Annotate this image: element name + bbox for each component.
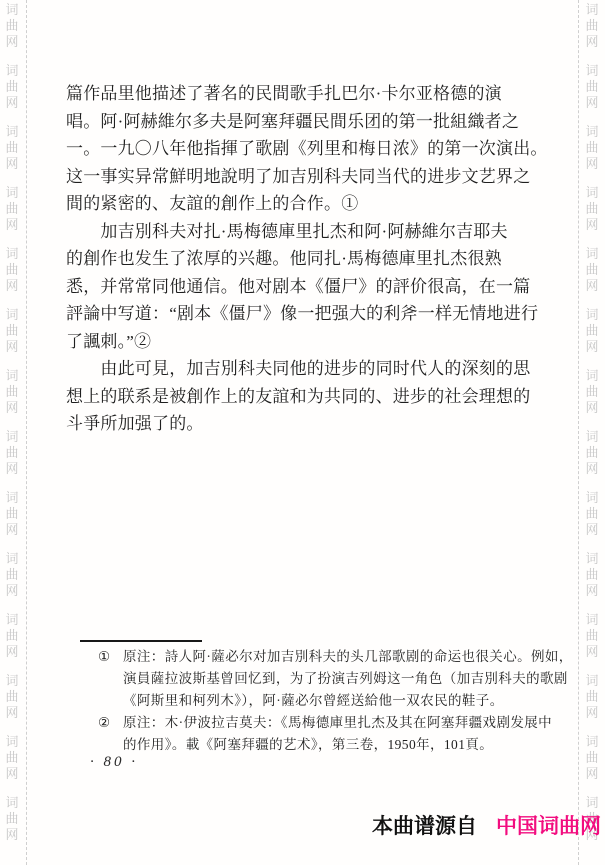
credit-prefix: 本曲谱源自 xyxy=(372,815,477,839)
text-line: 間的紧密的、友誼的創作上的合作。① xyxy=(66,190,550,218)
footnote-marker: ① xyxy=(98,646,123,668)
paragraph: 由此可見，加吉別科夫同他的进步的同时代人的深刻的思 想上的联系是被創作上的友誼和… xyxy=(66,355,550,438)
body-text: 篇作品里他描述了著名的民間歌手扎巴尔·卡尔亚格德的演 唱。阿·阿赫維尔多夫是阿塞… xyxy=(66,80,550,438)
text-line: 加吉別科夫对扎·馬梅德庫里扎杰和阿·阿赫維尔吉耶夫 xyxy=(66,218,550,246)
footnote: ② 原注：木·伊波拉吉莫夫：《馬梅德庫里扎杰及其在阿塞拜疆戏剧发展中 的作用》。… xyxy=(98,712,550,756)
footnotes: ① 原注：詩人阿·薩必尔对加吉別科夫的头几部歌剧的命运也很关心。例如， 演員薩拉… xyxy=(98,646,550,756)
footnote-line: 原注：詩人阿·薩必尔对加吉別科夫的头几部歌剧的命运也很关心。例如， xyxy=(123,646,573,668)
right-watermark-column: 词曲网词曲网词曲网词曲网词曲网词曲网词曲网词曲网词曲网词曲网词曲网词曲网词曲网词… xyxy=(584,2,600,856)
page-number: · 80 · xyxy=(90,754,138,771)
left-watermark-column: 词曲网词曲网词曲网词曲网词曲网词曲网词曲网词曲网词曲网词曲网词曲网词曲网词曲网词… xyxy=(4,2,20,856)
text-line: 了諷刺。”② xyxy=(66,328,550,356)
text-line: 斗爭所加强了的。 xyxy=(66,410,550,438)
credit-site-name: 中国词曲网 xyxy=(496,815,601,839)
paragraph: 篇作品里他描述了著名的民間歌手扎巴尔·卡尔亚格德的演 唱。阿·阿赫維尔多夫是阿塞… xyxy=(66,80,550,218)
paragraph: 加吉別科夫对扎·馬梅德庫里扎杰和阿·阿赫維尔吉耶夫 的創作也发生了浓厚的兴趣。他… xyxy=(66,218,550,356)
footnote-separator xyxy=(80,640,202,642)
footnote-line: 的作用》。載《阿塞拜疆的艺术》，第三卷，1950年，101頁。 xyxy=(123,734,552,756)
text-line: 由此可見，加吉別科夫同他的进步的同时代人的深刻的思 xyxy=(66,355,550,383)
left-dashed-divider xyxy=(26,0,27,865)
text-line: 的創作也发生了浓厚的兴趣。他同扎·馬梅德庫里扎杰很熟 xyxy=(66,245,550,273)
footnote: ① 原注：詩人阿·薩必尔对加吉別科夫的头几部歌剧的命运也很关心。例如， 演員薩拉… xyxy=(98,646,550,712)
text-line: 篇作品里他描述了著名的民間歌手扎巴尔·卡尔亚格德的演 xyxy=(66,80,550,108)
footnote-line: 《阿斯里和柯列木》），阿·薩必尔曾經送給他一双农民的鞋子。 xyxy=(123,690,573,712)
right-dashed-divider xyxy=(578,0,579,865)
footnote-line: 演員薩拉波斯基曾回忆到，为了扮演吉列姆这一角色（加吉別科夫的歌剧 xyxy=(123,668,573,690)
footnote-text: 原注：木·伊波拉吉莫夫：《馬梅德庫里扎杰及其在阿塞拜疆戏剧发展中 的作用》。載《… xyxy=(123,712,552,756)
footnote-text: 原注：詩人阿·薩必尔对加吉別科夫的头几部歌剧的命运也很关心。例如， 演員薩拉波斯… xyxy=(123,646,573,712)
text-line: 悉，并常常同他通信。他对剧本《僵尸》的評价很高，在一篇 xyxy=(66,273,550,301)
footer-credit: 本曲谱源自 中国词曲网 xyxy=(372,815,601,839)
text-line: 唱。阿·阿赫維尔多夫是阿塞拜疆民間乐团的第一批組織者之 xyxy=(66,108,550,136)
text-line: 这一事实异常鮮明地說明了加吉別科夫同当代的进步文艺界之 xyxy=(66,163,550,191)
text-line: 想上的联系是被創作上的友誼和为共同的、进步的社会理想的 xyxy=(66,383,550,411)
text-line: 一。一九〇八年他指揮了歌剧《列里和梅日浓》的第一次演出。 xyxy=(66,135,550,163)
text-line: 評論中写道：“剧本《僵尸》像一把强大的利斧一样无情地进行 xyxy=(66,300,550,328)
footnote-marker: ② xyxy=(98,712,123,734)
scanned-book-page: { "watermark": { "chars": ["词", "曲", "网"… xyxy=(0,0,605,865)
footnote-line: 原注：木·伊波拉吉莫夫：《馬梅德庫里扎杰及其在阿塞拜疆戏剧发展中 xyxy=(123,712,552,734)
